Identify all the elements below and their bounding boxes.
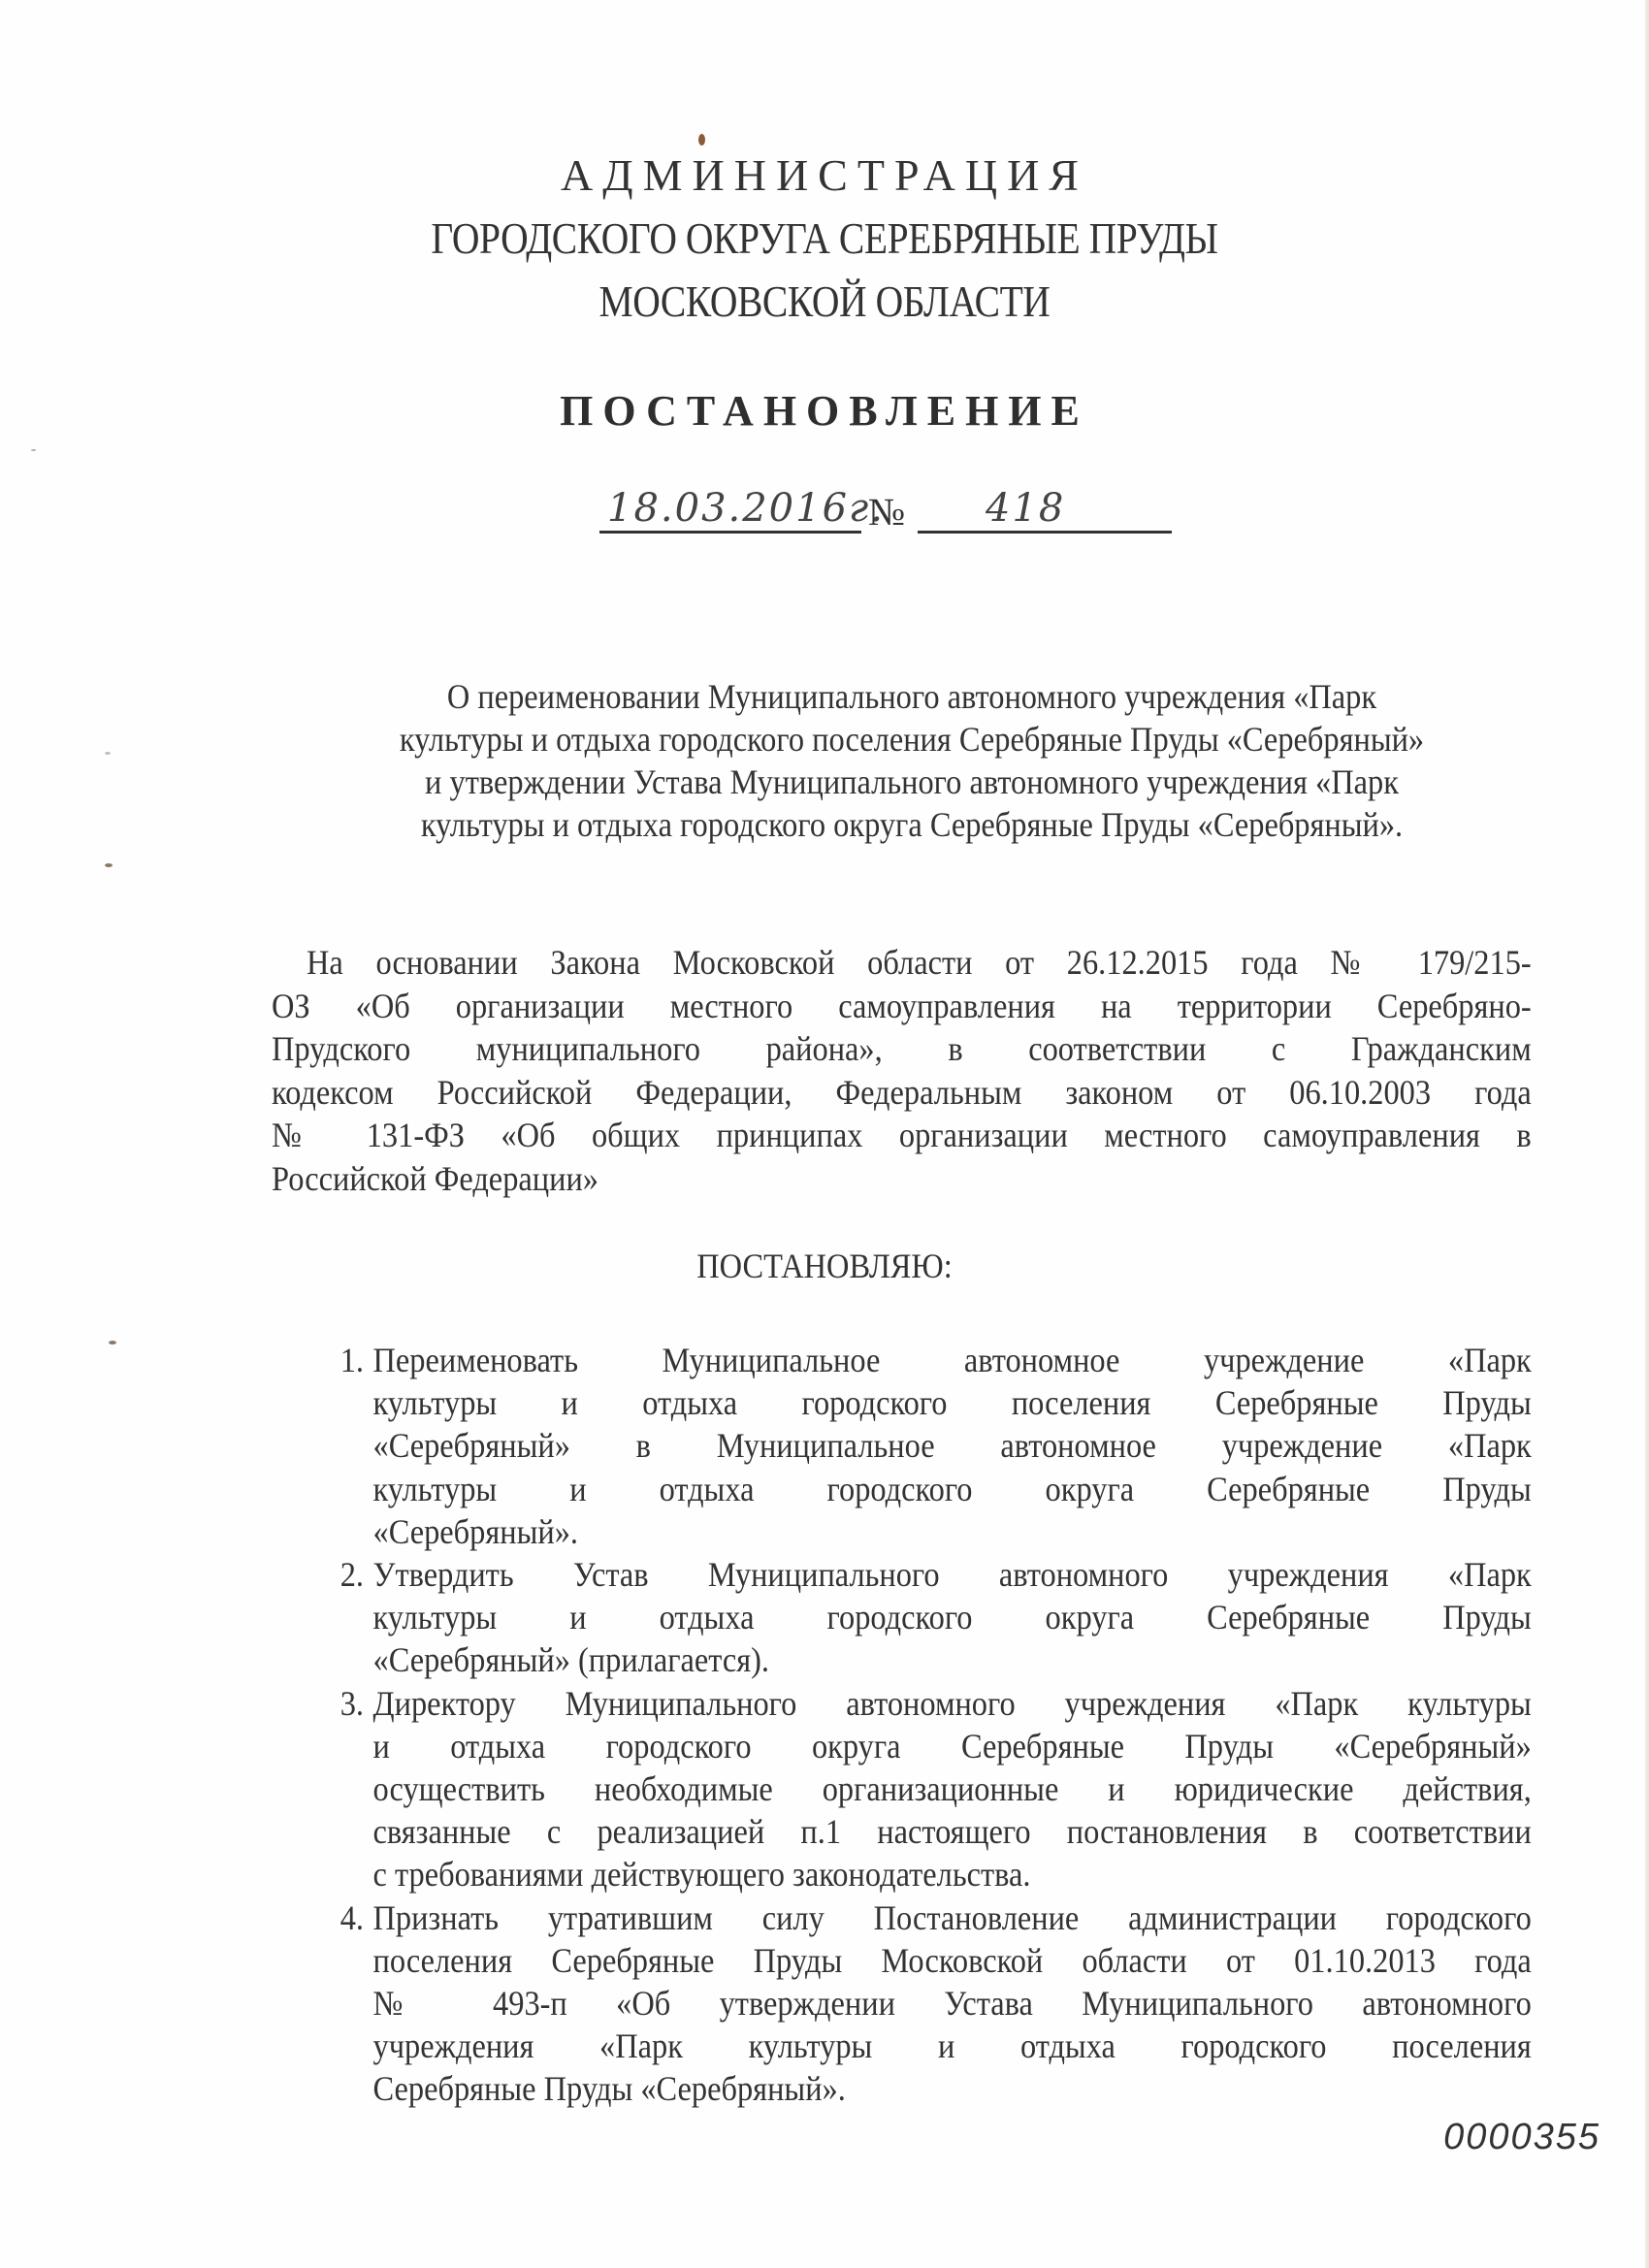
item-number: 2. — [320, 1553, 364, 1596]
decree-heading: ПОСТАНОВЛЯЮ: — [82, 1248, 1567, 1283]
subject-line: и утверждении Устава Муниципального авто… — [336, 761, 1488, 803]
item-line: учреждения «Парк культуры и отдыха город… — [369, 2025, 1532, 2067]
item-number: 3. — [320, 1682, 364, 1725]
item-number: 4. — [320, 1896, 364, 1939]
ink-speck — [698, 134, 705, 146]
scan-speck — [105, 863, 113, 867]
item-line: Переименовать Муниципальное автономное у… — [369, 1339, 1532, 1381]
item-line: Признать утратившим силу Постановление а… — [369, 1896, 1532, 1939]
document-page: АДМИНИСТРАЦИЯ ГОРОДСКОГО ОКРУГА СЕРЕБРЯН… — [0, 0, 1649, 2268]
item-line: № 493-п «Об утверждении Устава Муниципал… — [369, 1982, 1532, 2025]
number-sign: № — [868, 489, 905, 535]
item-line: культуры и отдыха городского округа Сере… — [369, 1596, 1532, 1638]
decree-item-3: 3. Директору Муниципального автономного … — [315, 1682, 1533, 1896]
handwritten-date: 18.03.2016г. — [599, 483, 861, 534]
decree-items-list: 1. Переименовать Муниципальное автономно… — [315, 1339, 1533, 2111]
header-okrug: ГОРОДСКОГО ОКРУГА СЕРЕБРЯНЫЕ ПРУДЫ — [115, 216, 1534, 261]
handwritten-number: 418 — [918, 483, 1172, 534]
item-line: Директору Муниципального автономного учр… — [369, 1682, 1532, 1725]
preamble-line: На основании Закона Московской области о… — [272, 941, 1532, 985]
preamble-line: кодексом Российской Федерации, Федеральн… — [272, 1071, 1532, 1115]
item-line: Серебряные Пруды «Серебряный». — [369, 2067, 1532, 2110]
document-subject: О переименовании Муниципального автономн… — [336, 675, 1488, 846]
item-line: «Серебряный». — [369, 1510, 1532, 1553]
decree-item-4: 4. Признать утратившим силу Постановлени… — [315, 1896, 1533, 2111]
item-line: и отдыха городского округа Серебряные Пр… — [369, 1725, 1532, 1767]
preamble-line: Российской Федерации» — [272, 1157, 1532, 1201]
preamble-paragraph: На основании Закона Московской области о… — [272, 941, 1533, 1200]
header-oblast: МОСКОВСКОЙ ОБЛАСТИ — [115, 279, 1534, 324]
item-line: Утвердить Устав Муниципального автономно… — [369, 1553, 1532, 1596]
decree-item-2: 2. Утвердить Устав Муниципального автоно… — [315, 1553, 1533, 1682]
header-administration: АДМИНИСТРАЦИЯ — [0, 153, 1649, 198]
preamble-line: Прудского муниципального района», в соот… — [272, 1027, 1532, 1071]
item-line: связанные с реализацией п.1 настоящего п… — [369, 1810, 1532, 1853]
serial-number: 0000355 — [1443, 2117, 1600, 2158]
page-edge — [1645, 0, 1649, 2268]
item-line: осуществить необходимые организационные … — [369, 1767, 1532, 1810]
subject-line: культуры и отдыха городского поселения С… — [336, 718, 1488, 761]
item-line: с требованиями действующего законодатель… — [369, 1853, 1532, 1895]
item-line: «Серебряный» в Муниципальное автономное … — [369, 1424, 1532, 1467]
item-line: поселения Серебряные Пруды Московской об… — [369, 1939, 1532, 1982]
document-type-title: ПОСТАНОВЛЕНИЕ — [0, 390, 1649, 433]
registration-row: 18.03.2016г. № 418 — [599, 483, 1181, 541]
preamble-line: ОЗ «Об организации местного самоуправлен… — [272, 985, 1532, 1028]
subject-line: О переименовании Муниципального автономн… — [336, 675, 1488, 718]
scan-speck — [105, 752, 111, 755]
item-line: культуры и отдыха городского округа Сере… — [369, 1468, 1532, 1510]
scan-speck — [31, 449, 36, 451]
scan-speck — [109, 1341, 116, 1345]
decree-item-1: 1. Переименовать Муниципальное автономно… — [315, 1339, 1533, 1553]
item-number: 1. — [320, 1339, 364, 1381]
subject-line: культуры и отдыха городского округа Сере… — [336, 803, 1488, 846]
item-line: культуры и отдыха городского поселения С… — [369, 1381, 1532, 1424]
preamble-line: № 131-ФЗ «Об общих принципах организации… — [272, 1114, 1532, 1157]
item-line: «Серебряный» (прилагается). — [369, 1638, 1532, 1681]
